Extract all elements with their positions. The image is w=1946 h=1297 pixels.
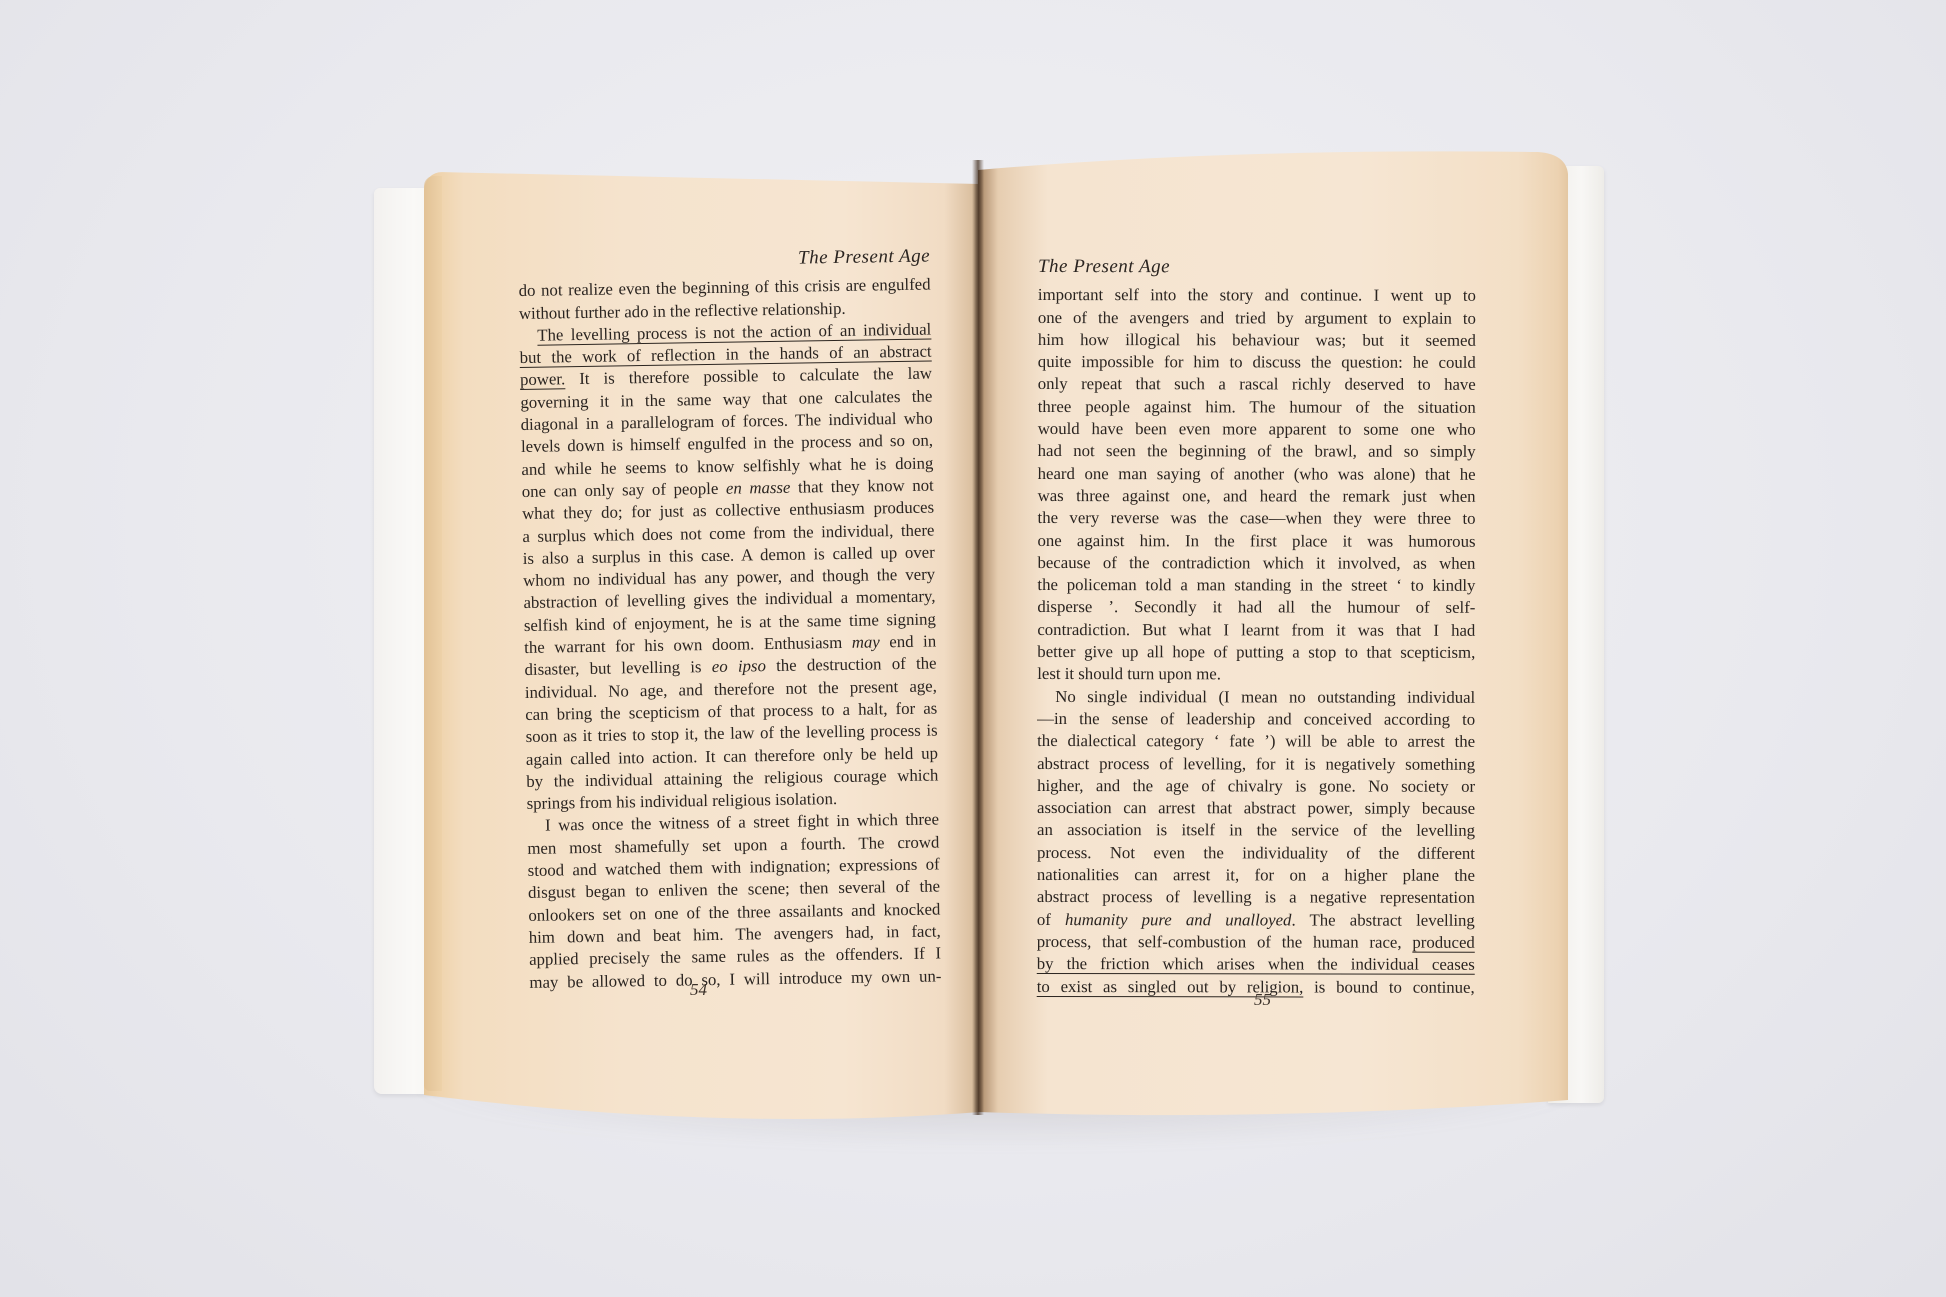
text-line: higher, and the age of chivalry is gone.… xyxy=(1037,775,1475,798)
text-line: an association is itself in the service … xyxy=(1037,819,1475,842)
text-line: —in the sense of leadership and conceive… xyxy=(1037,708,1475,731)
text-line: association can arrest that abstract pow… xyxy=(1037,797,1475,820)
text-line: only repeat that such a rascal richly de… xyxy=(1038,373,1476,396)
text-line: process, that self-combustion of the hum… xyxy=(1037,931,1475,954)
running-head-right: The Present Age xyxy=(1038,256,1476,279)
text-line: was three against one, and heard the rem… xyxy=(1038,485,1476,508)
text-line: of humanity pure and unalloyed. The abst… xyxy=(1037,909,1475,932)
page-number-left: 54 xyxy=(690,980,707,1000)
text-line: because of the contradiction which it in… xyxy=(1037,552,1475,575)
text-line: No single individual (I mean no outstand… xyxy=(1037,686,1475,709)
text-line: process. Not even the individuality of t… xyxy=(1037,842,1475,865)
text-line: three people against him. The humour of … xyxy=(1038,396,1476,419)
text-line: nationalities can arrest it, for on a hi… xyxy=(1037,864,1475,887)
text-line: contradiction. But what I learnt from it… xyxy=(1037,619,1475,642)
text-line: the very reverse was the case—when they … xyxy=(1038,507,1476,530)
text-line: one against him. In the first place it w… xyxy=(1037,530,1475,553)
text-line: one of the avengers and tried by argumen… xyxy=(1038,307,1476,330)
left-page-stack-edge xyxy=(424,176,442,1091)
photo-scene: The Present Age do not realize even the … xyxy=(0,0,1946,1297)
text-line: heard one man saying of another (who was… xyxy=(1038,463,1476,486)
right-page-lines: important self into the story and contin… xyxy=(1037,284,1476,998)
text-line: important self into the story and contin… xyxy=(1038,284,1476,307)
text-line: lest it should turn upon me. xyxy=(1037,663,1475,686)
text-line: would have been even more apparent to so… xyxy=(1038,418,1476,441)
page-number-right: 55 xyxy=(1254,990,1271,1010)
text-line: quite impossible for him to discuss the … xyxy=(1038,351,1476,374)
book-gutter xyxy=(972,160,984,1115)
text-line: had not seen the beginning of the brawl,… xyxy=(1038,440,1476,463)
text-line: the dialectical category ‘ fate ’) will … xyxy=(1037,730,1475,753)
text-line: him how illogical his behaviour was; but… xyxy=(1038,329,1476,352)
text-line: disperse ’. Secondly it had all the humo… xyxy=(1037,596,1475,619)
right-page-text: The Present Age important self into the … xyxy=(1037,256,1476,999)
text-line: better give up all hope of putting a sto… xyxy=(1037,641,1475,664)
text-line: by the friction which arises when the in… xyxy=(1037,953,1475,976)
text-line: abstract process of levelling is a negat… xyxy=(1037,886,1475,909)
text-line: the policeman told a man standing in the… xyxy=(1037,574,1475,597)
left-page-lines: do not realize even the beginning of thi… xyxy=(518,274,941,994)
left-page-text: The Present Age do not realize even the … xyxy=(518,246,942,994)
text-line: abstract process of levelling, for it is… xyxy=(1037,753,1475,776)
